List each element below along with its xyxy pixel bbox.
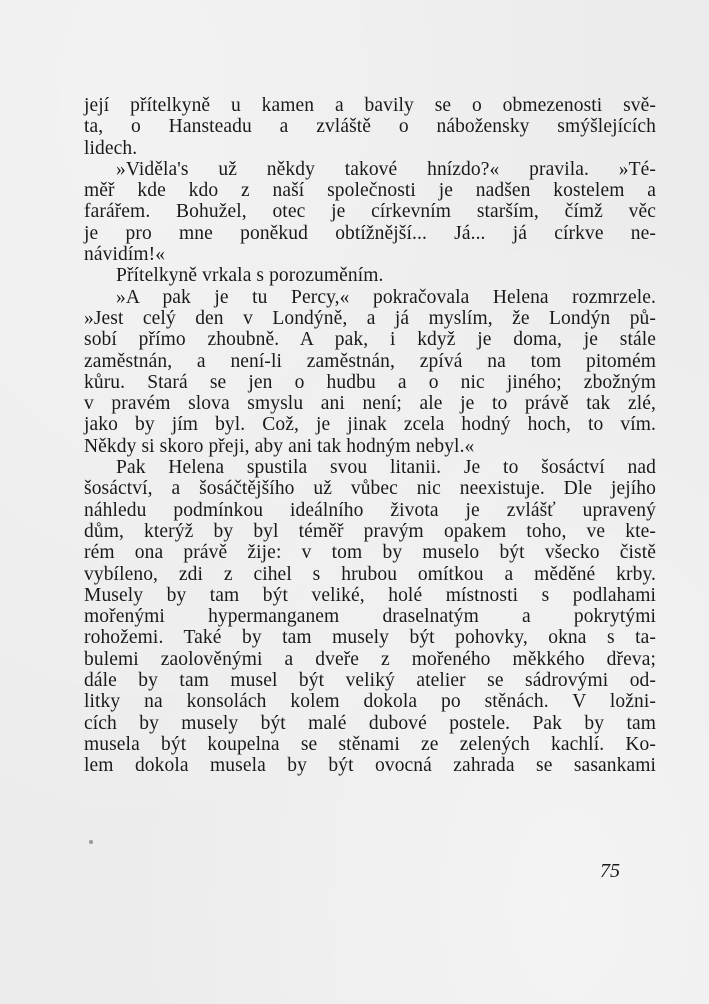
- body-text: její přítelkyně u kamen a bavily se o ob…: [84, 95, 656, 777]
- text-line: je pro mne poněkud obtížnější... Já... j…: [84, 223, 656, 244]
- text-line: bulemi zaolověnými a dveře z mořeného mě…: [84, 649, 656, 670]
- text-line: návidím!«: [84, 244, 656, 265]
- text-line: jako by jím byl. Což, je jinak zcela hod…: [84, 414, 656, 435]
- text-line: rohožemi. Také by tam musely být pohovky…: [84, 627, 656, 648]
- text-line: cích by musely být malé dubové postele. …: [84, 713, 656, 734]
- page-number: 75: [600, 860, 620, 883]
- text-line: dům, kterýž by byl téměř pravým opakem t…: [84, 521, 656, 542]
- text-line: mořenými hypermanganem draselnatým a pok…: [84, 606, 656, 627]
- text-line: sobí přímo zhoubně. A pak, i když je dom…: [84, 329, 656, 350]
- text-line: kůru. Stará se jen o hudbu a o nic jinéh…: [84, 372, 656, 393]
- text-line: musela být koupelna se stěnami ze zelený…: [84, 734, 656, 755]
- text-line: Musely by tam být veliké, holé místnosti…: [84, 585, 656, 606]
- text-line: lem dokola musela by být ovocná zahrada …: [84, 755, 656, 776]
- book-page: její přítelkyně u kamen a bavily se o ob…: [0, 0, 709, 1004]
- paper-speck: [89, 840, 93, 844]
- text-line: ta, o Hansteadu a zvláště o nábožensky s…: [84, 116, 656, 137]
- text-line: »Jest celý den v Londýně, a já myslím, ž…: [84, 308, 656, 329]
- text-line: měř kde kdo z naší společnosti je nadšen…: [84, 180, 656, 201]
- text-line: farářem. Bohužel, otec je církevním star…: [84, 201, 656, 222]
- text-line: Někdy si skoro přeji, aby ani tak hodným…: [84, 436, 656, 457]
- text-line: Pak Helena spustila svou litanii. Je to …: [84, 457, 656, 478]
- text-line: náhledu podmínkou ideálního života je zv…: [84, 500, 656, 521]
- text-line: litky na konsolách kolem dokola po stěná…: [84, 691, 656, 712]
- text-line: »A pak je tu Percy,« pokračovala Helena …: [84, 287, 656, 308]
- text-line: v pravém slova smyslu ani není; ale je t…: [84, 393, 656, 414]
- text-line: Přítelkyně vrkala s porozuměním.: [84, 265, 656, 286]
- text-line: šosáctví, a šosáčtějšího už vůbec nic ne…: [84, 478, 656, 499]
- text-line: zaměstnán, a není-li zaměstnán, zpívá na…: [84, 351, 656, 372]
- text-line: rém ona právě žije: v tom by muselo být …: [84, 542, 656, 563]
- text-line: vybíleno, zdi z cihel s hrubou omítkou a…: [84, 564, 656, 585]
- text-line: dále by tam musel být veliký atelier se …: [84, 670, 656, 691]
- text-line: »Viděla's už někdy takové hnízdo?« pravi…: [84, 159, 656, 180]
- text-line: lidech.: [84, 138, 656, 159]
- text-line: její přítelkyně u kamen a bavily se o ob…: [84, 95, 656, 116]
